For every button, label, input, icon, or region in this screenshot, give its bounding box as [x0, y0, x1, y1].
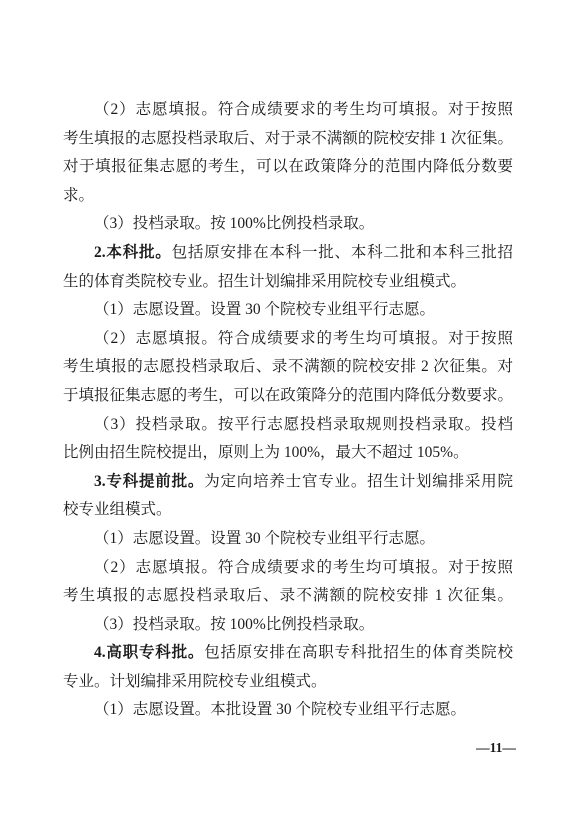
text-line: 对于填报征集志愿的考生，可以在政策降分的范围内降低分数要 [63, 153, 513, 182]
text-line: 考生填报的志愿投档录取后、录不满额的院校安排 1 次征集。 [63, 582, 513, 611]
text-line: 考生填报的志愿投档录取后、录不满额的院校安排 2 次征集。对 [63, 353, 513, 382]
line-text: （2）志愿填报。符合成绩要求的考生均可填报。对于按照 [94, 559, 513, 576]
line-text: 于填报征集志愿的考生，可以在政策降分的范围内降低分数要求。 [63, 387, 513, 404]
text-line: （3）投档录取。按 100%比例投档录取。 [63, 210, 513, 239]
text-line: （2）志愿填报。符合成绩要求的考生均可填报。对于按照 [63, 96, 513, 125]
line-text: （2）志愿填报。符合成绩要求的考生均可填报。对于按照 [94, 330, 513, 347]
line-text: 包括原安排在高职专科批招生的体育类院校 [204, 644, 513, 661]
text-line-heading-benkepi: 2.本科批。包括原安排在本科一批、本科二批和本科三批招 [63, 239, 513, 268]
section-heading-text: 4.高职专科批。 [94, 644, 204, 661]
text-line: （1）志愿设置。本批设置 30 个院校专业组平行志愿。 [63, 696, 513, 725]
line-text: 考生填报的志愿投档录取后、对于录不满额的院校安排 1 次征集。 [63, 130, 513, 147]
document-page: （2）志愿填报。符合成绩要求的考生均可填报。对于按照 考生填报的志愿投档录取后、… [0, 0, 588, 837]
line-text: 比例由招生院校提出，原则上为 100%，最大不超过 105%。 [63, 444, 469, 461]
line-text: （3）投档录取。按 100%比例投档录取。 [94, 616, 374, 633]
text-line: 专业。计划编排采用院校专业组模式。 [63, 668, 513, 697]
text-line: （1）志愿设置。设置 30 个院校专业组平行志愿。 [63, 296, 513, 325]
text-line: 比例由招生院校提出，原则上为 100%，最大不超过 105%。 [63, 439, 513, 468]
line-text: 校专业组模式。 [63, 501, 172, 518]
text-line: （3）投档录取。按 100%比例投档录取。 [63, 611, 513, 640]
line-text: （3）投档录取。按平行志愿投档录取规则投档录取。投档 [94, 416, 513, 433]
line-text: （1）志愿设置。设置 30 个院校专业组平行志愿。 [94, 301, 435, 318]
text-line-heading-zhuanke-tiqianpi: 3.专科提前批。为定向培养士官专业。招生计划编排采用院 [63, 468, 513, 497]
section-heading-text: 3.专科提前批。 [94, 473, 204, 490]
line-text: （1）志愿设置。设置 30 个院校专业组平行志愿。 [94, 530, 435, 547]
line-text: （2）志愿填报。符合成绩要求的考生均可填报。对于按照 [94, 101, 513, 118]
line-text: （1）志愿设置。本批设置 30 个院校专业组平行志愿。 [94, 701, 466, 718]
text-line: 生的体育类院校专业。招生计划编排采用院校专业组模式。 [63, 268, 513, 297]
text-line-heading-gaozhi-zhuankepi: 4.高职专科批。包括原安排在高职专科批招生的体育类院校 [63, 639, 513, 668]
text-line: （1）志愿设置。设置 30 个院校专业组平行志愿。 [63, 525, 513, 554]
page-number: —11— [470, 740, 522, 755]
text-line: （3）投档录取。按平行志愿投档录取规则投档录取。投档 [63, 411, 513, 440]
line-text: 对于填报征集志愿的考生，可以在政策降分的范围内降低分数要 [63, 158, 513, 175]
text-line: 校专业组模式。 [63, 496, 513, 525]
document-text-block: （2）志愿填报。符合成绩要求的考生均可填报。对于按照 考生填报的志愿投档录取后、… [63, 96, 513, 725]
line-text: 求。 [63, 187, 94, 204]
line-text: 生的体育类院校专业。招生计划编排采用院校专业组模式。 [63, 273, 466, 290]
line-text: 考生填报的志愿投档录取后、录不满额的院校安排 2 次征集。对 [63, 358, 513, 375]
text-line: （2）志愿填报。符合成绩要求的考生均可填报。对于按照 [63, 325, 513, 354]
section-heading-text: 2.本科批。 [94, 244, 172, 261]
line-text: 包括原安排在本科一批、本科二批和本科三批招 [172, 244, 513, 261]
text-line: （2）志愿填报。符合成绩要求的考生均可填报。对于按照 [63, 554, 513, 583]
line-text: （3）投档录取。按 100%比例投档录取。 [94, 215, 374, 232]
text-line: 于填报征集志愿的考生，可以在政策降分的范围内降低分数要求。 [63, 382, 513, 411]
line-text: 专业。计划编排采用院校专业组模式。 [63, 673, 327, 690]
text-line: 考生填报的志愿投档录取后、对于录不满额的院校安排 1 次征集。 [63, 125, 513, 154]
text-line: 求。 [63, 182, 513, 211]
line-text: 考生填报的志愿投档录取后、录不满额的院校安排 1 次征集。 [63, 587, 513, 604]
line-text: 为定向培养士官专业。招生计划编排采用院 [204, 473, 513, 490]
